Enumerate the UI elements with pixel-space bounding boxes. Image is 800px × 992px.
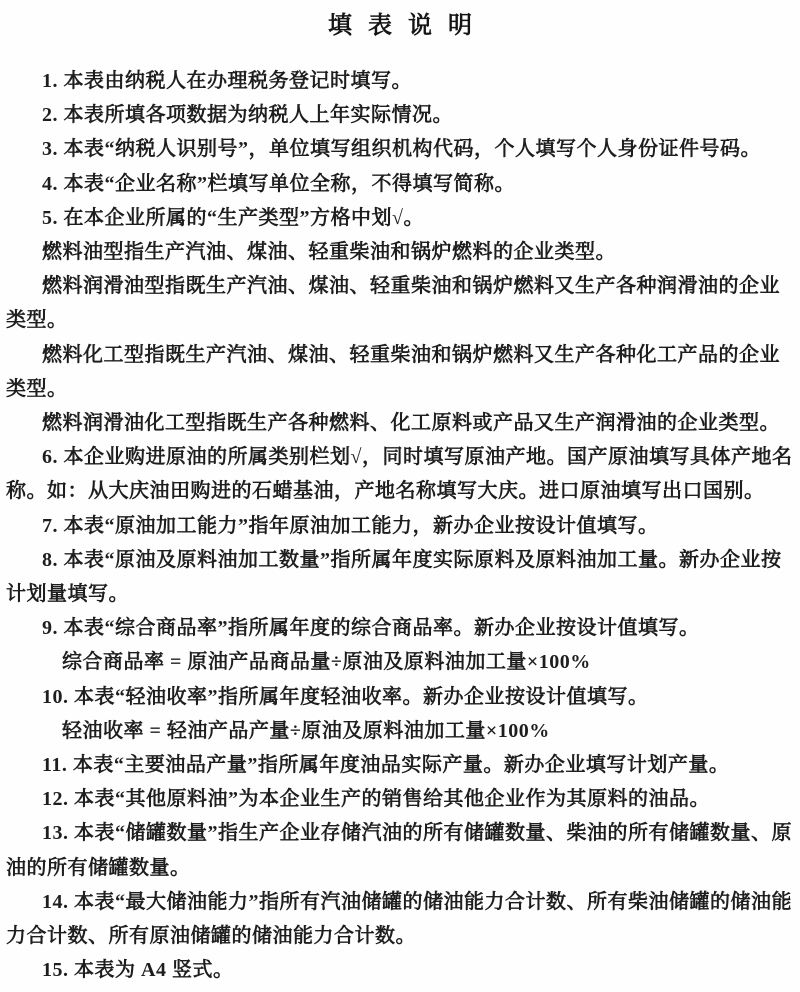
instruction-line-15: 15. 本表为 A4 竖式。 <box>0 953 800 987</box>
definition-fuel-oil-type: 燃料油型指生产汽油、煤油、轻重柴油和锅炉燃料的企业类型。 <box>0 235 800 269</box>
instruction-line-8-cont: 计划量填写。 <box>0 577 800 611</box>
instruction-line-6: 6. 本企业购进原油的所属类别栏划√，同时填写原油产地。国产原油填写具体产地名 <box>0 440 800 474</box>
instruction-line-13: 13. 本表“储罐数量”指生产企业存储汽油的所有储罐数量、柴油的所有储罐数量、原 <box>0 816 800 850</box>
formula-commodity-rate: 综合商品率 = 原油产品商品量÷原油及原料油加工量×100% <box>0 645 800 679</box>
instruction-line-6-cont: 称。如：从大庆油田购进的石蜡基油，产地名称填写大庆。进口原油填写出口国别。 <box>0 474 800 508</box>
instruction-line-7: 7. 本表“原油加工能力”指年原油加工能力，新办企业按设计值填写。 <box>0 509 800 543</box>
instruction-line-3: 3. 本表“纳税人识别号”，单位填写组织机构代码，个人填写个人身份证件号码。 <box>0 132 800 166</box>
instruction-line-2: 2. 本表所填各项数据为纳税人上年实际情况。 <box>0 98 800 132</box>
document-title: 填表说明 <box>0 8 800 44</box>
definition-fuel-lube-type-cont: 类型。 <box>0 303 800 337</box>
instruction-line-11: 11. 本表“主要油品产量”指所属年度油品实际产量。新办企业填写计划产量。 <box>0 748 800 782</box>
formula-light-oil-yield: 轻油收率 = 轻油产品产量÷原油及原料油加工量×100% <box>0 714 800 748</box>
instruction-line-1: 1. 本表由纳税人在办理税务登记时填写。 <box>0 64 800 98</box>
instruction-line-14: 14. 本表“最大储油能力”指所有汽油储罐的储油能力合计数、所有柴油储罐的储油能 <box>0 885 800 919</box>
definition-fuel-chemical-type-cont: 类型。 <box>0 372 800 406</box>
instruction-line-9: 9. 本表“综合商品率”指所属年度的综合商品率。新办企业按设计值填写。 <box>0 611 800 645</box>
instruction-line-8: 8. 本表“原油及原料油加工数量”指所属年度实际原料及原料油加工量。新办企业按 <box>0 543 800 577</box>
instruction-line-10: 10. 本表“轻油收率”指所属年度轻油收率。新办企业按设计值填写。 <box>0 680 800 714</box>
instruction-line-12: 12. 本表“其他原料油”为本企业生产的销售给其他企业作为其原料的油品。 <box>0 782 800 816</box>
instruction-line-4: 4. 本表“企业名称”栏填写单位全称，不得填写简称。 <box>0 167 800 201</box>
definition-fuel-chemical-type: 燃料化工型指既生产汽油、煤油、轻重柴油和锅炉燃料又生产各种化工产品的企业 <box>0 338 800 372</box>
instruction-line-14-cont: 力合计数、所有原油储罐的储油能力合计数。 <box>0 919 800 953</box>
scanned-document-page: 填表说明 1. 本表由纳税人在办理税务登记时填写。 2. 本表所填各项数据为纳税… <box>0 0 800 992</box>
instruction-line-5: 5. 在本企业所属的“生产类型”方格中划√。 <box>0 201 800 235</box>
instruction-line-13-cont: 油的所有储罐数量。 <box>0 851 800 885</box>
definition-fuel-lube-chemical-type: 燃料润滑油化工型指既生产各种燃料、化工原料或产品又生产润滑油的企业类型。 <box>0 406 800 440</box>
definition-fuel-lube-type: 燃料润滑油型指既生产汽油、煤油、轻重柴油和锅炉燃料又生产各种润滑油的企业 <box>0 269 800 303</box>
